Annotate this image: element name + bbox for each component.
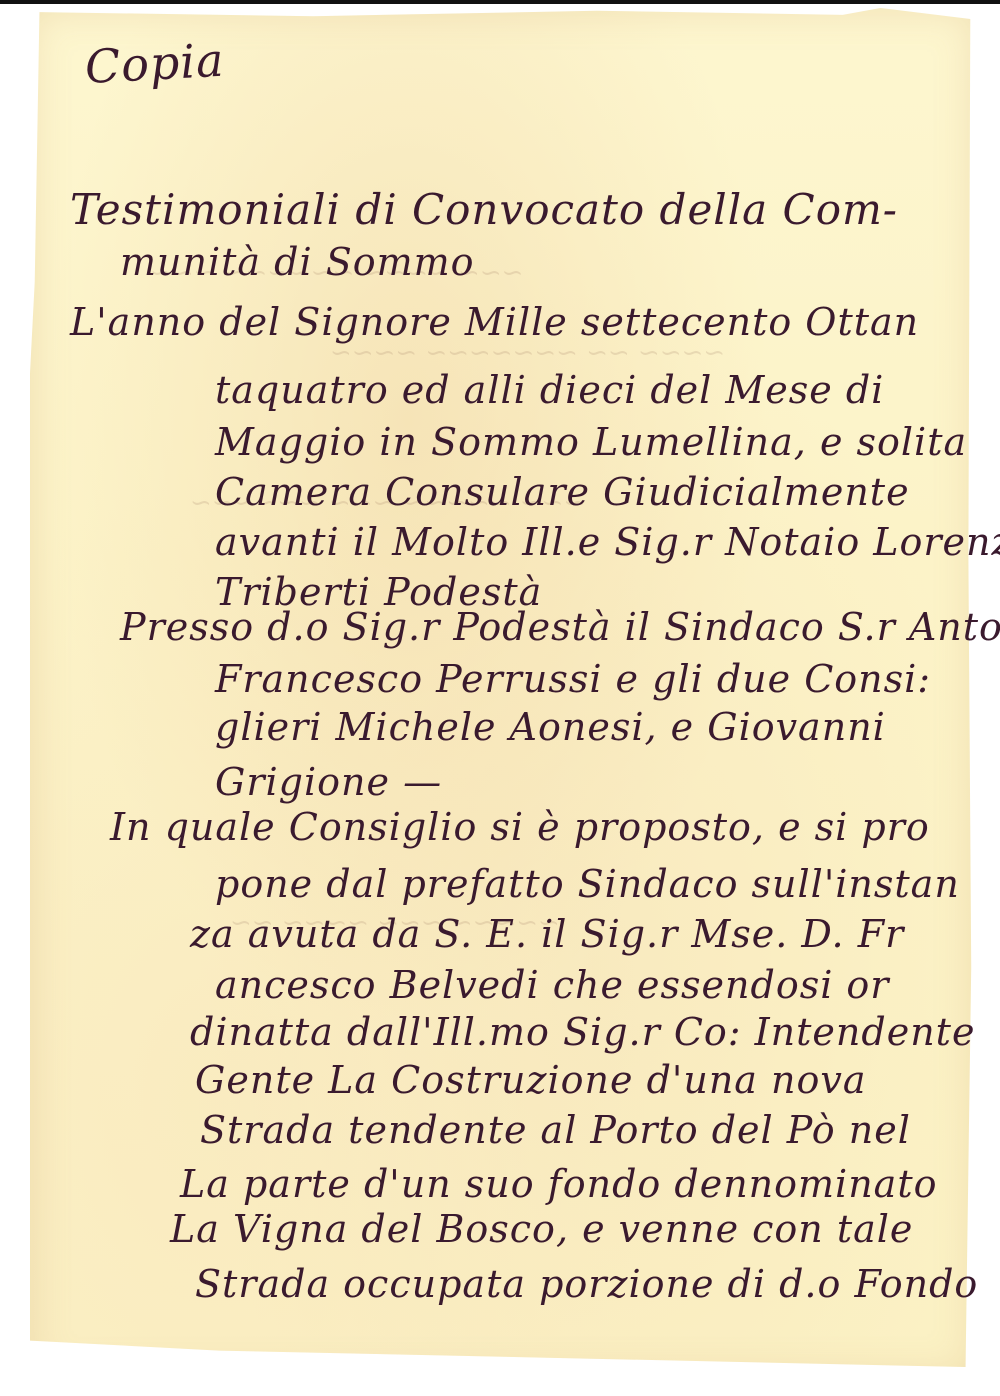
body-line: Camera Consulare Giudicialmente bbox=[215, 470, 910, 514]
body-line: L'anno del Signore Mille settecento Otta… bbox=[70, 300, 919, 344]
body-line: ancesco Belvedi che essendosi or bbox=[215, 963, 889, 1007]
body-line: glieri Michele Aonesi, e Giovanni bbox=[215, 705, 886, 749]
body-line: Strada tendente al Porto del Pò nel bbox=[200, 1108, 911, 1152]
body-line: Strada occupata porzione di d.o Fondo bbox=[195, 1262, 978, 1306]
title-line-2: munità di Sommo bbox=[120, 240, 475, 284]
body-line: Maggio in Sommo Lumellina, e solita bbox=[215, 420, 967, 464]
heading-copia: Copia bbox=[84, 33, 226, 94]
body-line: dinatta dall'Ill.mo Sig.r Co: Intendente bbox=[190, 1010, 975, 1054]
scan-top-edge bbox=[0, 0, 1000, 4]
body-line: Presso d.o Sig.r Podestà il Sindaco S.r … bbox=[120, 605, 1000, 649]
body-line: La Vigna del Bosco, e venne con tale bbox=[170, 1207, 913, 1251]
body-line: Gente La Costruzione d'una nova bbox=[195, 1058, 867, 1102]
body-line: Grigione — bbox=[215, 760, 442, 804]
body-line: avanti il Molto Ill.e Sig.r Notaio Loren… bbox=[215, 520, 1000, 564]
body-line: In quale Consiglio si è proposto, e si p… bbox=[110, 805, 930, 849]
body-line: Francesco Perrussi e gli due Consi: bbox=[215, 657, 931, 701]
body-line: taquatro ed alli dieci del Mese di bbox=[215, 368, 884, 412]
title-line-1: Testimoniali di Convocato della Com- bbox=[70, 185, 898, 234]
body-line: La parte d'un suo fondo dennominato bbox=[180, 1162, 937, 1206]
body-line: za avuta da S. E. il Sig.r Mse. D. Fr bbox=[190, 912, 904, 956]
body-line: pone dal prefatto Sindaco sull'instan bbox=[215, 862, 960, 906]
